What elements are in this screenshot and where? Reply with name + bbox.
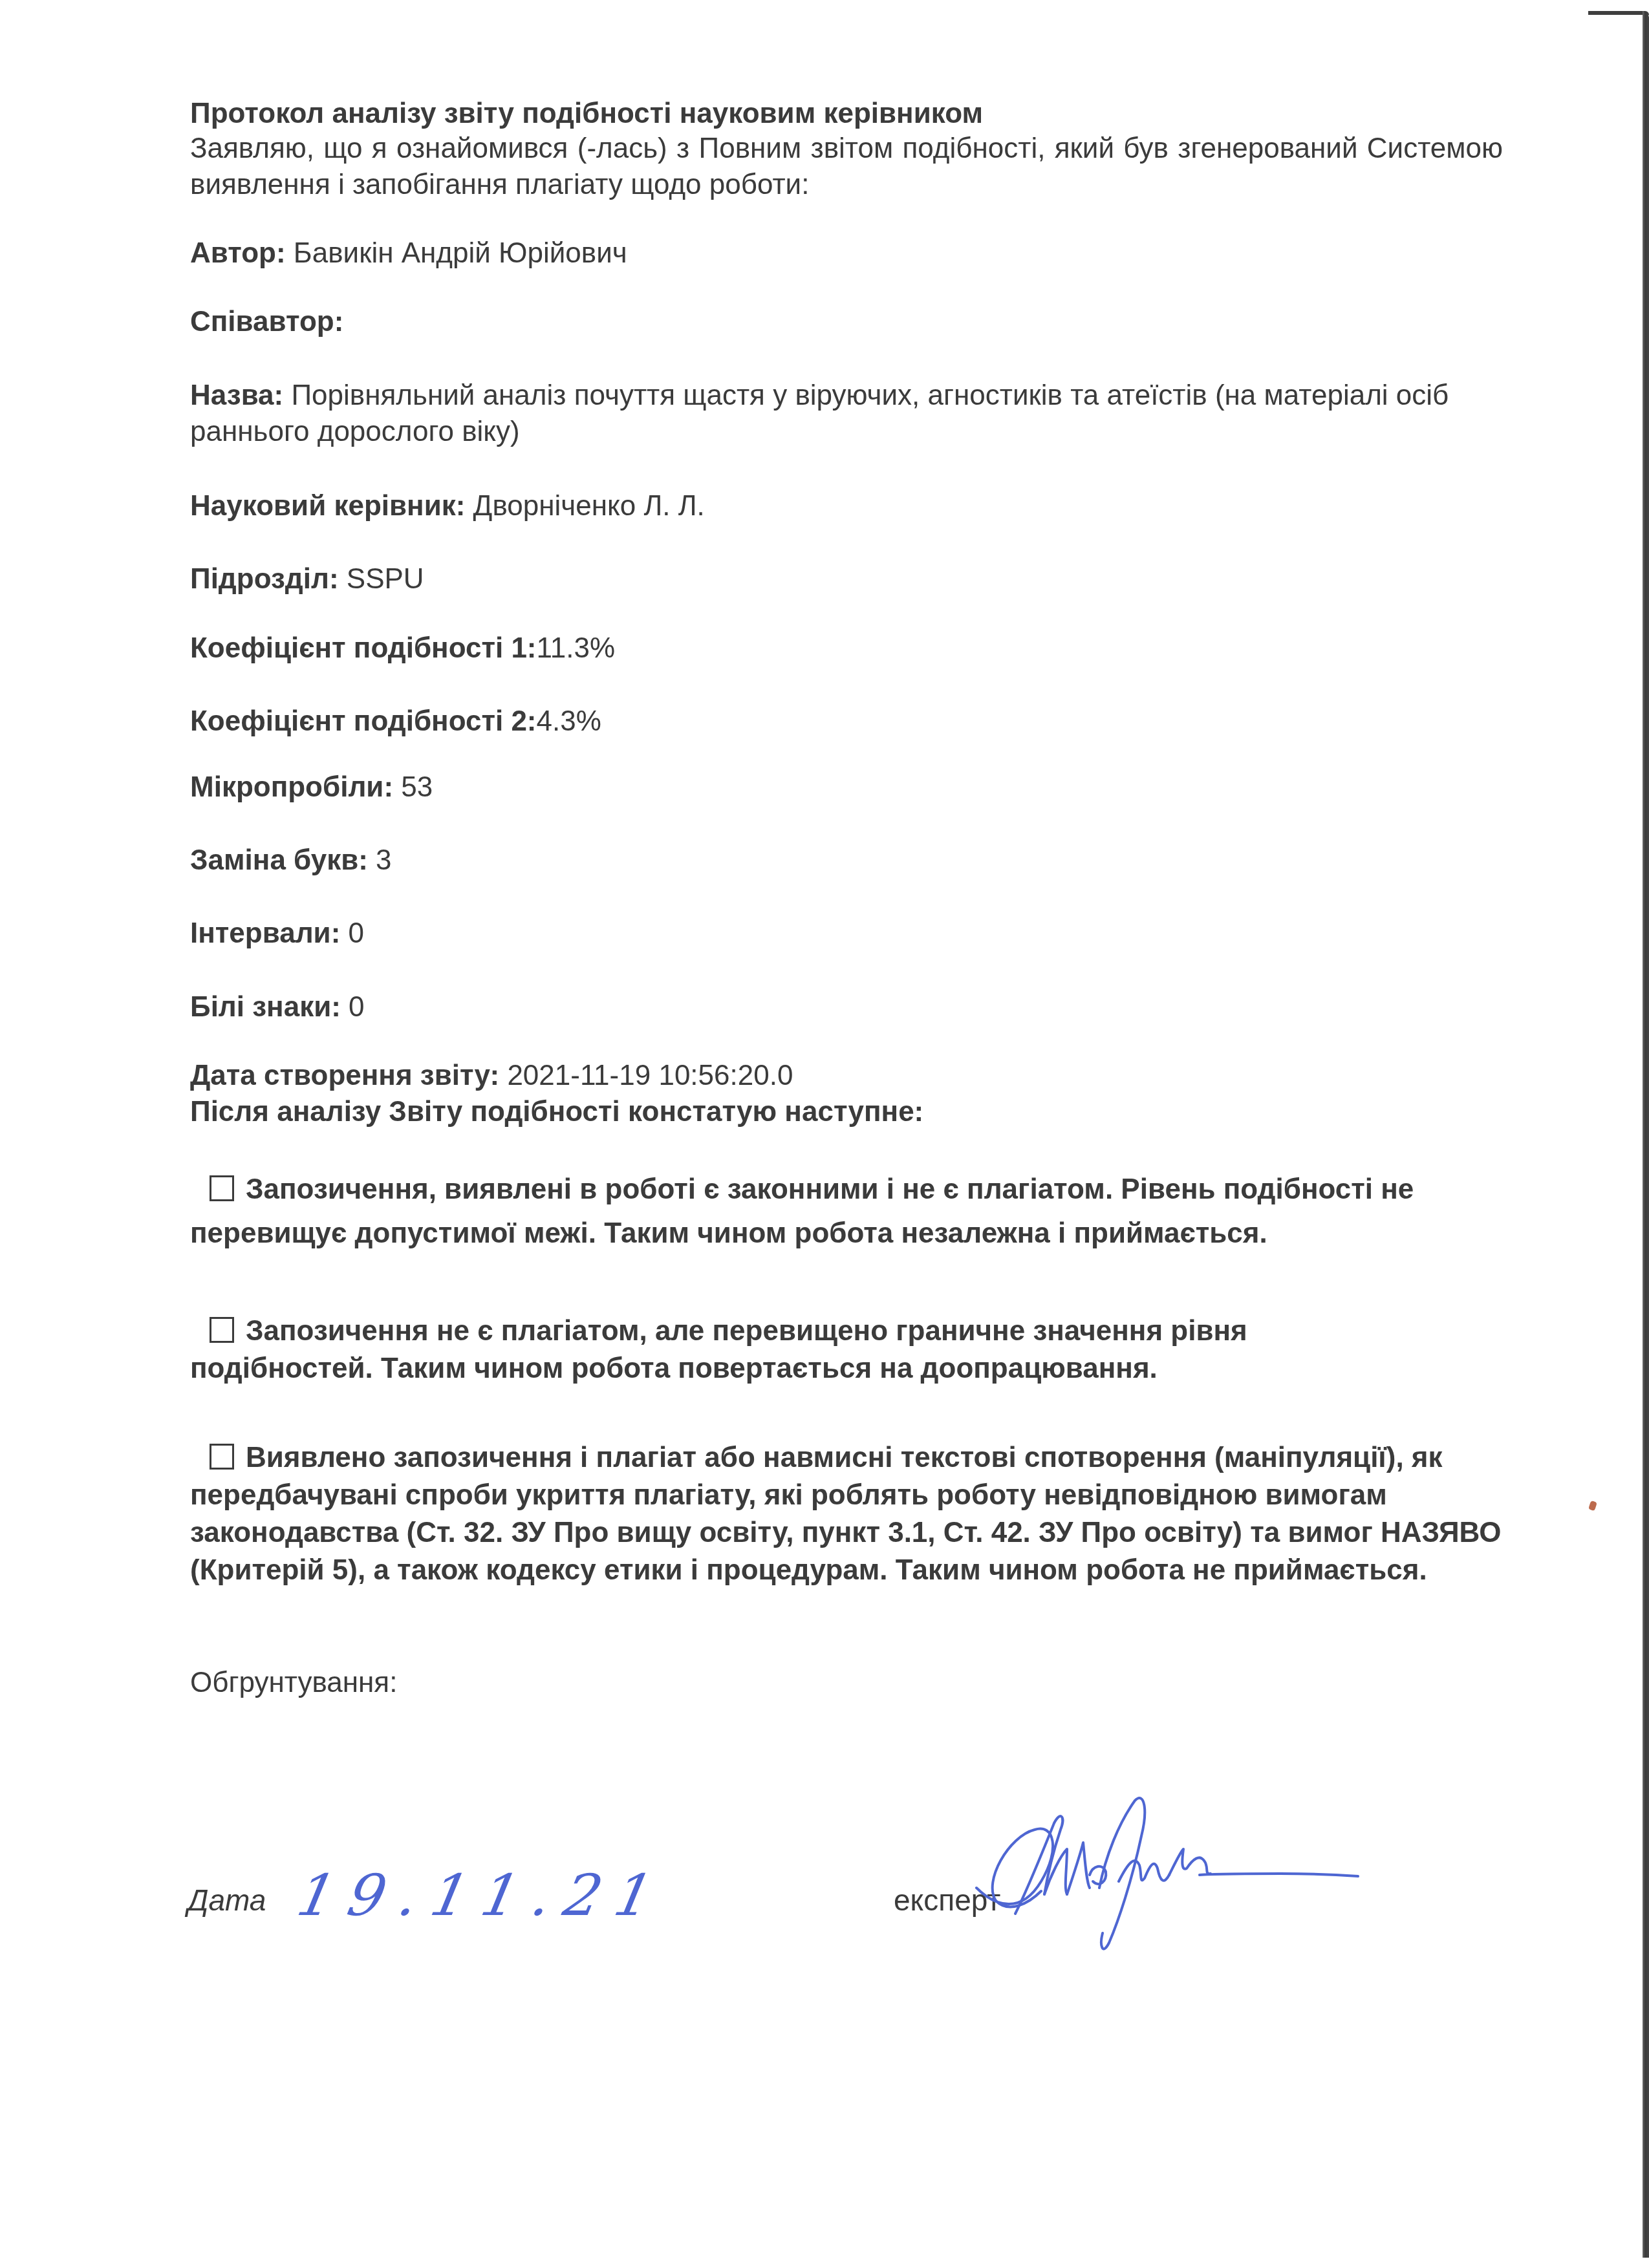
field-label: Назва: bbox=[190, 380, 283, 411]
checkbox-rejected[interactable] bbox=[210, 1444, 234, 1470]
field-value: Бавикін Андрій Юрійович bbox=[286, 237, 627, 269]
field-supervisor: Науковий керівник: Дворніченко Л. Л. bbox=[190, 488, 705, 524]
justification-label: Обгрунтування: bbox=[190, 1665, 397, 1701]
intro-statement: Заявляю, що я ознайомився (-лась) з Повн… bbox=[190, 131, 1503, 203]
document-title: Протокол аналізу звіту подібності науков… bbox=[190, 91, 1503, 131]
field-label: Коефіцієнт подібності 1: bbox=[190, 632, 537, 664]
option-text: Запозичення не є плагіатом, але перевище… bbox=[190, 1315, 1247, 1384]
field-white-chars: Білі знаки: 0 bbox=[190, 989, 365, 1025]
field-report-date: Дата створення звіту: 2021-11-19 10:56:2… bbox=[190, 1058, 793, 1094]
field-label: Дата створення звіту: bbox=[190, 1060, 499, 1091]
field-value: 2021-11-19 10:56:20.0 bbox=[499, 1060, 793, 1091]
field-value: 4.3% bbox=[537, 705, 601, 737]
field-value: 0 bbox=[340, 917, 364, 949]
handwritten-signature-icon bbox=[970, 1784, 1410, 1965]
field-value: 53 bbox=[393, 771, 433, 803]
field-coauthor: Співавтор: bbox=[190, 304, 343, 340]
option-accepted: Запозичення, виявлені в роботі є законни… bbox=[190, 1168, 1496, 1256]
field-label: Мікропробіли: bbox=[190, 771, 393, 803]
date-label: Дата bbox=[188, 1883, 266, 1918]
field-label: Співавтор: bbox=[190, 306, 343, 337]
field-title: Назва: Порівняльний аналіз почуття щастя… bbox=[190, 378, 1503, 450]
field-label: Білі знаки: bbox=[190, 991, 341, 1023]
field-value: Дворніченко Л. Л. bbox=[465, 490, 704, 522]
field-value: 0 bbox=[341, 991, 365, 1023]
option-rejected: Виявлено запозичення і плагіат або навми… bbox=[190, 1439, 1522, 1589]
field-value: SSPU bbox=[339, 563, 424, 595]
option-text: Виявлено запозичення і плагіат або навми… bbox=[190, 1442, 1501, 1586]
document-header: Протокол аналізу звіту подібності науков… bbox=[190, 91, 1503, 203]
field-label: Підрозділ: bbox=[190, 563, 339, 595]
field-author: Автор: Бавикін Андрій Юрійович bbox=[190, 235, 627, 272]
field-value: Порівняльний аналіз почуття щастя у віру… bbox=[190, 380, 1449, 447]
field-value: 11.3% bbox=[537, 632, 616, 664]
ink-speck bbox=[1588, 1501, 1597, 1511]
handwritten-date: 19.11.21 bbox=[292, 1862, 673, 1929]
field-similarity-1: Коефіцієнт подібності 1:11.3% bbox=[190, 630, 615, 667]
field-label: Коефіцієнт подібності 2: bbox=[190, 705, 537, 737]
field-label: Науковий керівник: bbox=[190, 490, 465, 522]
field-microspaces: Мікропробіли: 53 bbox=[190, 769, 433, 806]
option-text: Запозичення, виявлені в роботі є законни… bbox=[190, 1173, 1414, 1249]
conclusion-heading: Після аналізу Звіту подібності констатую… bbox=[190, 1094, 923, 1130]
field-similarity-2: Коефіцієнт подібності 2:4.3% bbox=[190, 703, 601, 740]
scan-border-right bbox=[1643, 11, 1649, 2258]
checkbox-accepted[interactable] bbox=[210, 1175, 234, 1201]
field-label: Заміна букв: bbox=[190, 844, 368, 876]
field-value: 3 bbox=[368, 844, 392, 876]
scan-border-top bbox=[1588, 11, 1649, 15]
field-unit: Підрозділ: SSPU bbox=[190, 561, 424, 597]
field-label: Інтервали: bbox=[190, 917, 340, 949]
field-label: Автор: bbox=[190, 237, 286, 269]
checkbox-revision[interactable] bbox=[210, 1317, 234, 1343]
field-letter-substitution: Заміна букв: 3 bbox=[190, 842, 392, 879]
option-revision: Запозичення не є плагіатом, але перевище… bbox=[190, 1312, 1419, 1387]
field-intervals: Інтервали: 0 bbox=[190, 915, 364, 952]
